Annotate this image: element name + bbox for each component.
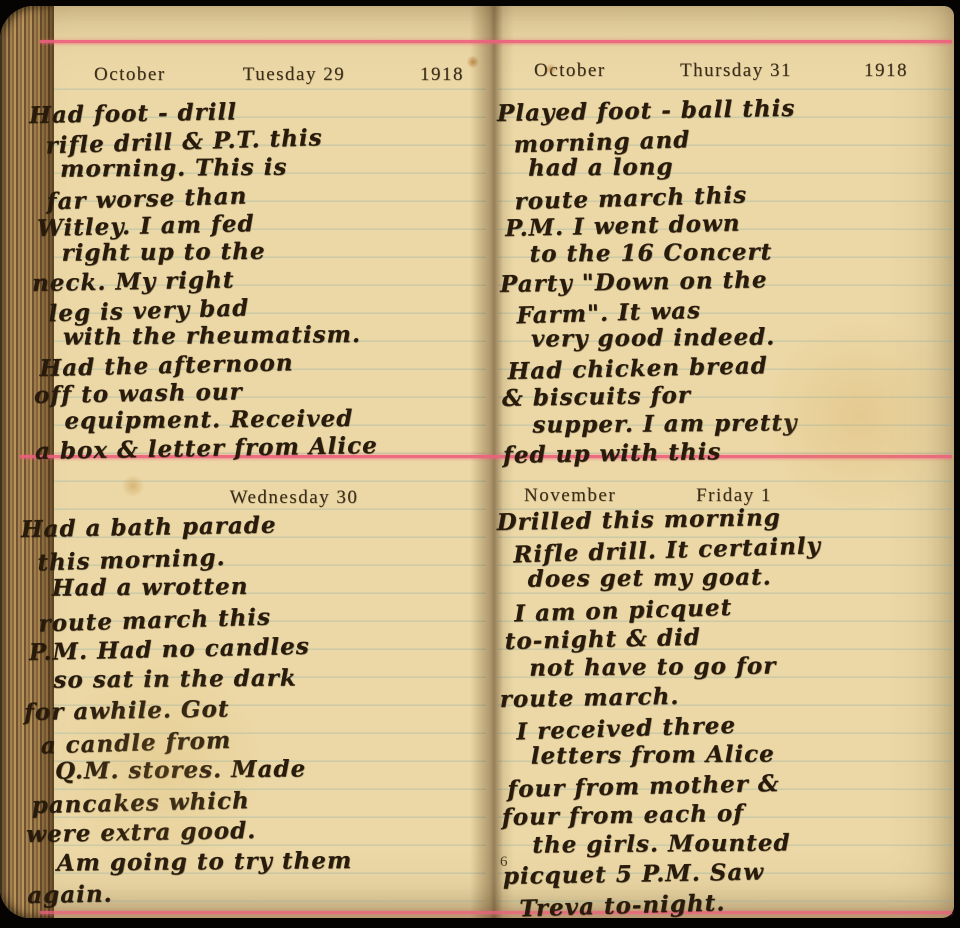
entry-header-wednesday-30: Wednesday 30 <box>94 487 464 509</box>
handwriting-line: right up to the <box>61 236 481 268</box>
entry-header-tuesday-29: October Tuesday 29 1918 <box>94 64 464 86</box>
handwriting-line: to the 16 Concert <box>529 236 949 268</box>
header-day: Wednesday 30 <box>214 487 374 509</box>
diary-entry-tuesday-29: Had foot - drillrifle drill & P.T. thism… <box>29 94 485 466</box>
diary-entry-friday-1: Drilled this morningRifle drill. It cert… <box>496 500 957 921</box>
handwriting-line: the girls. Mounted <box>532 826 956 859</box>
header-day: Thursday 31 <box>654 60 818 82</box>
header-month: October <box>94 64 214 86</box>
header-month: October <box>534 60 654 82</box>
header-year: 1918 <box>818 60 908 82</box>
diary-entry-wednesday-30: Had a bath paradethis morning.Had a wrot… <box>21 507 484 911</box>
diary-entry-thursday-31: Played foot - ball thismorning andhad a … <box>497 92 953 470</box>
handwriting-line: Am going to try them <box>57 844 483 878</box>
header-year: 1918 <box>374 64 464 86</box>
header-month: November <box>524 485 644 507</box>
handwriting-line: supper. I am pretty <box>532 407 952 439</box>
handwriting-line: not have to go for <box>529 649 953 682</box>
diary-book: October Tuesday 29 1918 Had foot - drill… <box>0 6 954 918</box>
page-number: 6 <box>500 854 509 871</box>
header-day: Tuesday 29 <box>214 64 374 86</box>
handwriting-line: so sat in the dark <box>53 661 479 695</box>
pink-margin-line-top <box>40 40 952 43</box>
entry-header-thursday-31: October Thursday 31 1918 <box>534 60 908 82</box>
handwriting-line: equipment. Received <box>64 404 484 436</box>
